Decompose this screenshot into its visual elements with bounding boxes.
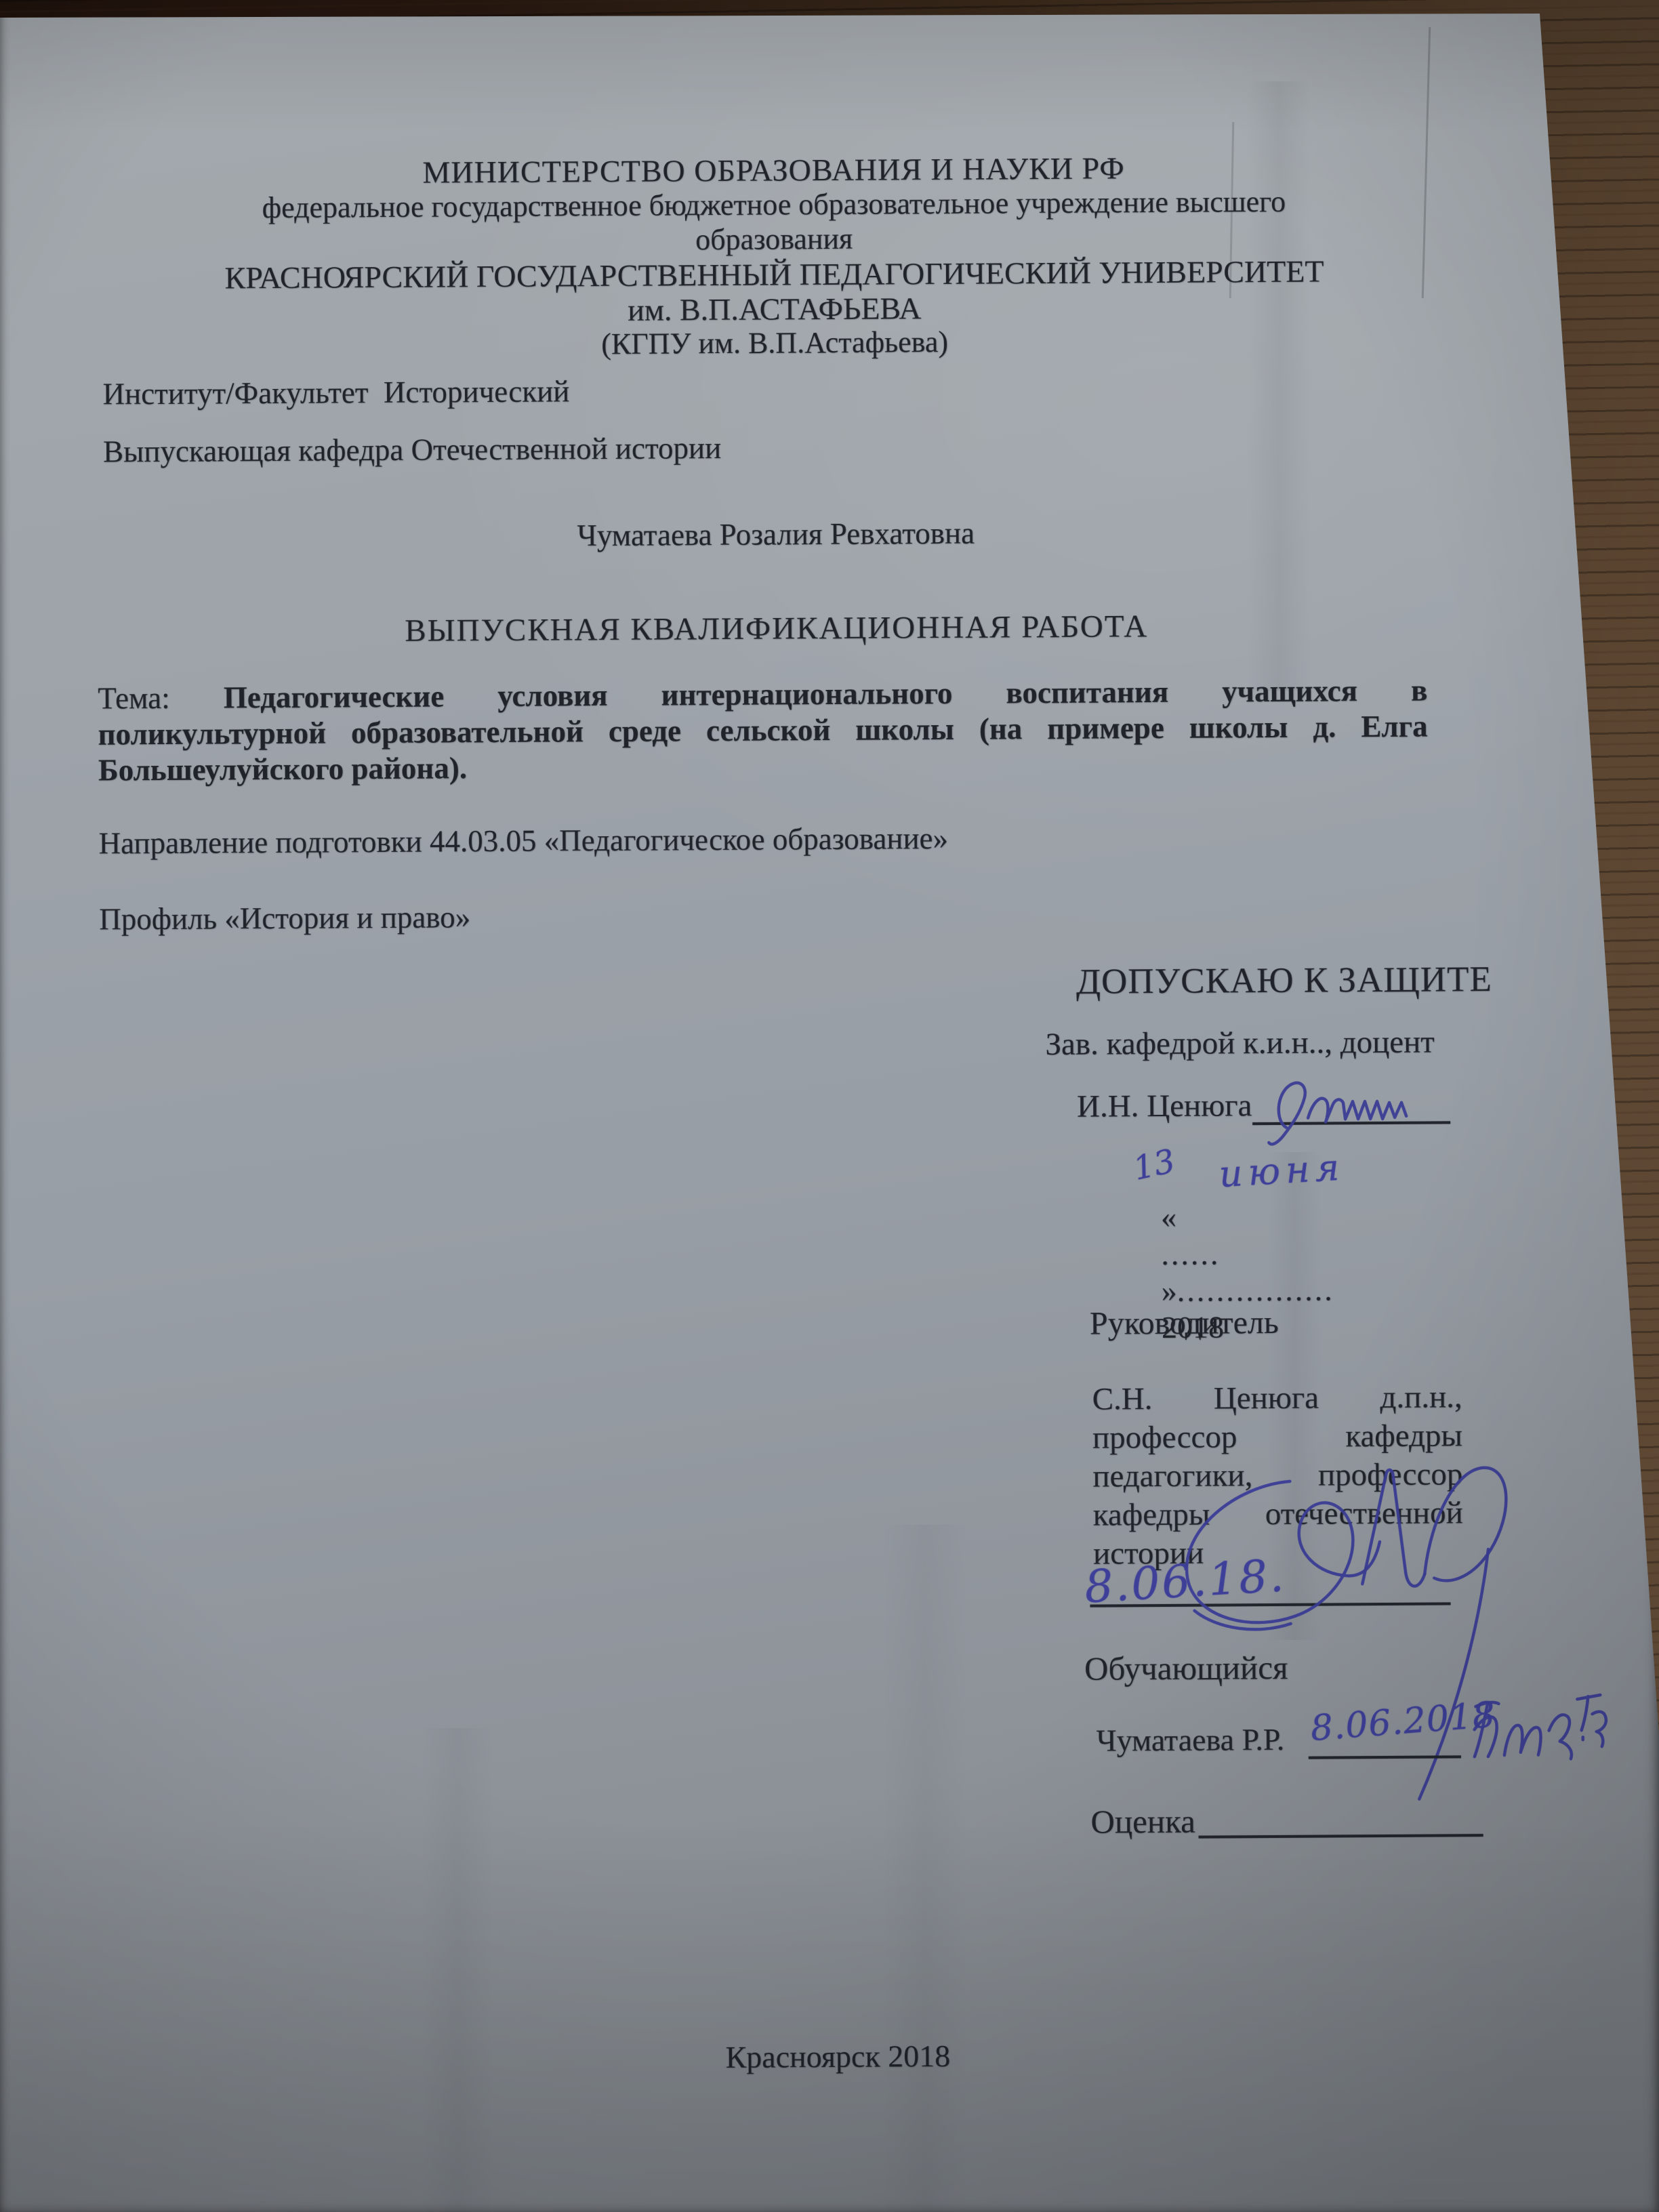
student-signature <box>1460 1683 1610 1771</box>
approval-title: ДОПУСКАЮ К ЗАЩИТЕ <box>1076 958 1492 1003</box>
footer-city-year: Красноярск 2018 <box>725 2038 950 2076</box>
topic-text-1: Педагогические условия интернациональног… <box>224 674 1428 715</box>
topic-line-3: Большеулуйского района). <box>98 750 467 788</box>
day-dots: ...... <box>1161 1236 1220 1271</box>
month-dots: ................ <box>1177 1272 1334 1307</box>
page-content: МИНИСТЕРСТВО ОБРАЗОВАНИЯ И НАУКИ РФ феде… <box>0 0 1659 2212</box>
approval-date-line: « ...... »................ 2018 <box>1099 1161 1335 1383</box>
photo-frame: МИНИСТЕРСТВО ОБРАЗОВАНИЯ И НАУКИ РФ феде… <box>0 0 1659 2212</box>
approval-head-name: И.Н. Ценюга <box>1077 1087 1252 1126</box>
quote-open: « <box>1161 1200 1176 1234</box>
profile-line: Профиль «История и право» <box>99 899 470 937</box>
supervisor-signature <box>1154 1446 1509 1814</box>
grade-line <box>1199 1834 1483 1839</box>
grade-label: Оценка <box>1090 1802 1195 1842</box>
student-name: Чуматаева Р.Р. <box>1097 1721 1285 1759</box>
handwritten-month: июня <box>1218 1146 1346 1196</box>
author-name: Чуматаева Розалия Ревхатовна <box>10 512 1542 558</box>
work-type-title: ВЫПУСКНАЯ КВАЛИФИКАЦИОННАЯ РАБОТА <box>11 606 1542 653</box>
supervisor-label: Руководитель <box>1090 1304 1279 1343</box>
department-head-signature-ink <box>1247 1063 1444 1156</box>
document-page: МИНИСТЕРСТВО ОБРАЗОВАНИЯ И НАУКИ РФ феде… <box>0 0 1659 2212</box>
topic-line-2: поликультурной образовательной среде сел… <box>98 709 1427 753</box>
student-label: Обучающийся <box>1084 1648 1288 1689</box>
supervisor-line-1: С.Н. Ценюга д.п.н., <box>1092 1378 1462 1418</box>
quote-close: » <box>1162 1273 1177 1308</box>
approval-position-line: Зав. кафедрой к.и.н.., доцент <box>1045 1024 1435 1064</box>
department-line: Выпускающая кафедра Отечественной истори… <box>103 430 721 470</box>
direction-line: Направление подготовки 44.03.05 «Педагог… <box>98 821 948 862</box>
topic-label: Тема: <box>98 681 170 716</box>
institute-line: Институт/Факультет Исторический <box>102 373 569 412</box>
